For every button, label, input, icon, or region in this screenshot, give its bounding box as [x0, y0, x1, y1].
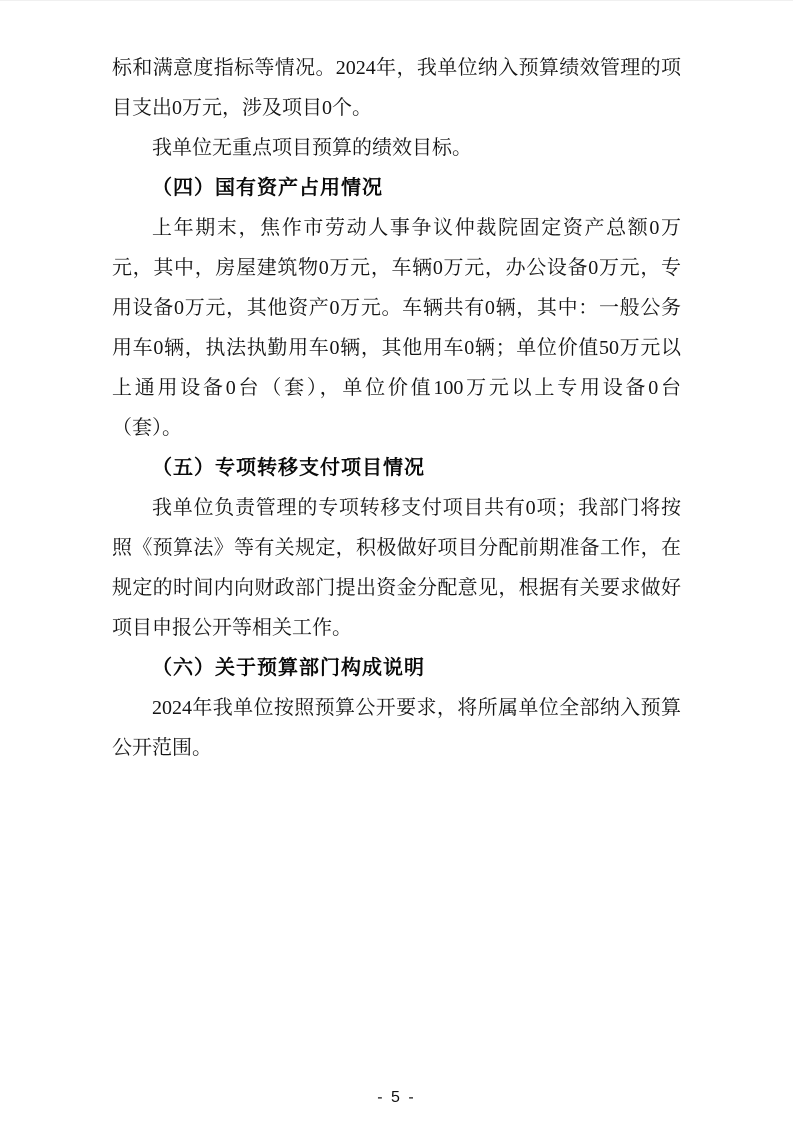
- paragraph-state-owned-assets-detail: 上年期末，焦作市劳动人事争议仲裁院固定资产总额0万元，其中，房屋建筑物0万元，车…: [112, 208, 681, 448]
- document-page: 标和满意度指标等情况。2024年，我单位纳入预算绩效管理的项目支出0万元，涉及项…: [0, 0, 793, 1122]
- section-heading-state-owned-assets: （四）国有资产占用情况: [112, 168, 681, 208]
- paragraph-no-key-project-targets: 我单位无重点项目预算的绩效目标。: [112, 128, 681, 168]
- document-body: 标和满意度指标等情况。2024年，我单位纳入预算绩效管理的项目支出0万元，涉及项…: [112, 48, 681, 768]
- page-number: - 5 -: [0, 1089, 793, 1107]
- section-heading-special-transfer-payments: （五）专项转移支付项目情况: [112, 448, 681, 488]
- paragraph-performance-targets-continued: 标和满意度指标等情况。2024年，我单位纳入预算绩效管理的项目支出0万元，涉及项…: [112, 48, 681, 128]
- paragraph-budget-disclosure-scope: 2024年我单位按照预算公开要求，将所属单位全部纳入预算公开范围。: [112, 688, 681, 768]
- section-heading-budget-department-composition: （六）关于预算部门构成说明: [112, 648, 681, 688]
- paragraph-special-transfer-payments-detail: 我单位负责管理的专项转移支付项目共有0项；我部门将按照《预算法》等有关规定，积极…: [112, 488, 681, 648]
